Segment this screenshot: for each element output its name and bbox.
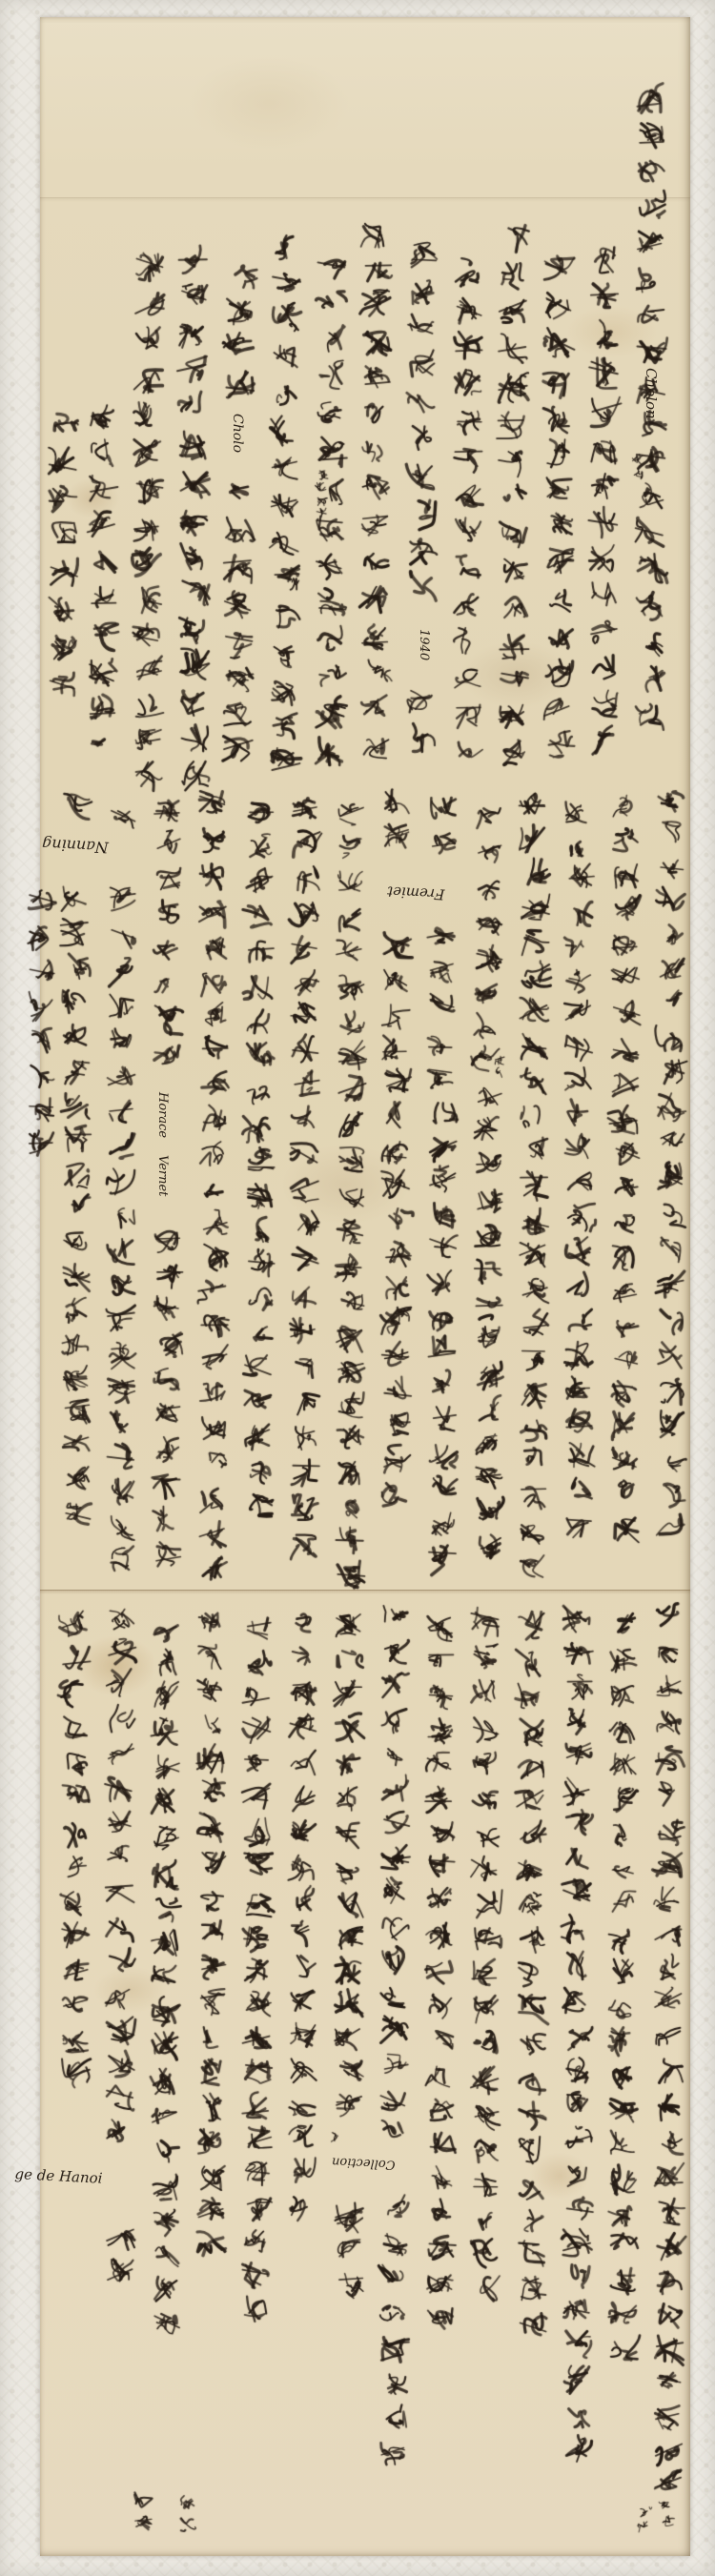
latin-word-cholo: Cholo	[230, 414, 245, 453]
handwriting-ink-layer	[0, 0, 715, 2576]
latin-word-cholon: Cholon	[643, 368, 660, 419]
latin-word-1940: 1940	[417, 629, 431, 660]
latin-word-nanning: Nanning	[42, 835, 110, 857]
manuscript-scroll: 従尊翰多法恭未能裁答有負雅意至歉專此勤誨之至拜誦再四感佩無既惟念時局畫理精微非言…	[0, 0, 715, 2576]
latin-word-vernet: Vernet	[155, 1155, 170, 1196]
latin-word-horace: Horace	[155, 1092, 170, 1138]
latin-word-fremiet: Fremiet	[387, 882, 445, 903]
